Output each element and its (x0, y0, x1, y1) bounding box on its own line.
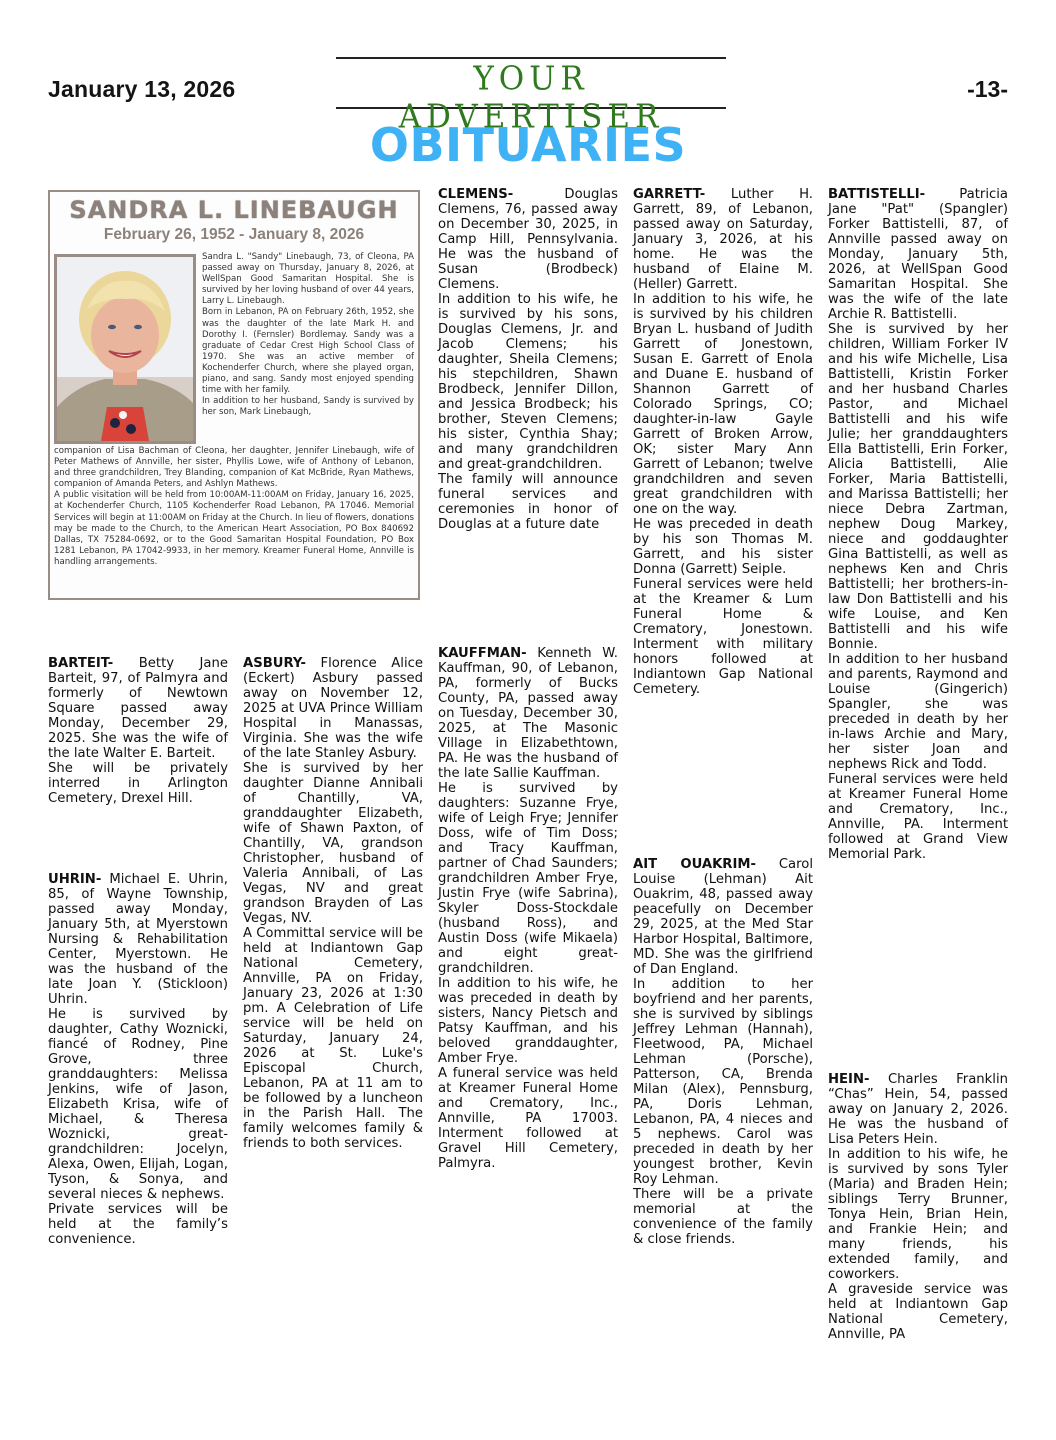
obituary-hein: HEIN- Charles Franklin “Chas” Hein, 54, … (828, 1072, 1008, 1342)
obituary-text: There will be a private memorial at the … (633, 1187, 813, 1247)
obituary-text: In addition to his wife, he is survived … (438, 292, 618, 472)
obituary-battistelli: BATTISTELLI- Patricia Jane "Pat" (Spangl… (828, 187, 1008, 862)
obituary-text: She is survived by her children, William… (828, 322, 1008, 652)
obituary-text: The family will announce funeral service… (438, 472, 618, 532)
obituary-text: He is survived by daughter, Cathy Woznic… (48, 1007, 228, 1202)
obituary-text: He is survived by daughters: Suzanne Fry… (438, 781, 618, 976)
obituary-barteit: BARTEIT- Betty Jane Barteit, 97, of Palm… (48, 656, 228, 806)
obituary-text: He was preceded in death by his son Thom… (633, 517, 813, 577)
obituary-text: Kenneth W. Kauffman, 90, of Lebanon, PA,… (438, 646, 618, 781)
featured-paragraph: In addition to her husband, Sandy is sur… (202, 396, 414, 418)
obituary-clemens: CLEMENS- Douglas Clemens, 76, passed awa… (438, 187, 618, 532)
obituary-text: Luther H. Garrett, 89, of Lebanon, passe… (633, 187, 813, 292)
obituary-text: In addition to his wife, he is survived … (828, 1147, 1008, 1282)
obituary-text: A graveside service was held at Indianto… (828, 1282, 1008, 1342)
obituary-text: Douglas Clemens, 76, passed away on Dece… (438, 187, 618, 292)
obituary-text: Betty Jane Barteit, 97, of Palmyra and f… (48, 656, 228, 761)
obituary-text: Funeral services were held at Kreamer Fu… (828, 772, 1008, 862)
obituary-name: ASBURY- (243, 656, 306, 671)
obituary-ait-ouakrim: AIT OUAKRIM- Carol Louise (Lehman) Ait O… (633, 857, 813, 1247)
page-number: -13- (967, 76, 1008, 103)
featured-paragraph: Sandra L. "Sandy" Linebaugh, 73, of Cleo… (202, 252, 414, 307)
obituary-text: Funeral services were held at the Kreame… (633, 577, 813, 697)
obituary-name: BARTEIT- (48, 656, 113, 671)
obituary-text: In addition to her husband and parents, … (828, 652, 1008, 772)
masthead: YOUR ADVERTISER (336, 57, 726, 109)
obituary-name: KAUFFMAN- (438, 646, 527, 661)
obituary-name: HEIN- (828, 1072, 869, 1087)
issue-date: January 13, 2026 (48, 76, 235, 103)
featured-obituary: SANDRA L. LINEBAUGH February 26, 1952 - … (48, 190, 420, 600)
featured-paragraph: Born in Lebanon, PA on February 26th, 19… (202, 307, 414, 396)
obituary-text: Florence Alice (Eckert) Asbury passed aw… (243, 656, 423, 761)
obituary-name: BATTISTELLI- (828, 187, 925, 202)
obituary-text: In addition to his wife, he is survived … (633, 292, 813, 517)
portrait-image-icon (57, 257, 193, 441)
obituary-name: AIT OUAKRIM- (633, 857, 756, 872)
portrait-photo (54, 254, 196, 444)
obituary-name: CLEMENS- (438, 187, 513, 202)
featured-dates: February 26, 1952 - January 8, 2026 (50, 226, 418, 244)
featured-paragraph: companion of Lisa Bachman of Cleona, her… (54, 446, 414, 490)
obituary-text: In addition to her boyfriend and her par… (633, 977, 813, 1187)
obituary-text: She will be privately interred in Arling… (48, 761, 228, 806)
obituary-text: A funeral service was held at Kreamer Fu… (438, 1066, 618, 1171)
obituary-text: In addition to his wife, he was preceded… (438, 976, 618, 1066)
obituary-name: GARRETT- (633, 187, 705, 202)
obituary-asbury: ASBURY- Florence Alice (Eckert) Asbury p… (243, 656, 423, 1151)
featured-paragraph: A public visitation will be held from 10… (54, 490, 414, 568)
obituary-text: A Committal service will be held at Indi… (243, 926, 423, 1151)
obituary-text: Michael E. Uhrin, 85, of Wayne Township,… (48, 872, 228, 1007)
obituary-name: UHRIN- (48, 872, 101, 887)
featured-name: SANDRA L. LINEBAUGH (50, 196, 418, 224)
obituary-text: Private services will be held at the fam… (48, 1202, 228, 1247)
obituary-text: She is survived by her daughter Dianne A… (243, 761, 423, 926)
obituary-uhrin: UHRIN- Michael E. Uhrin, 85, of Wayne To… (48, 872, 228, 1247)
obituary-garrett: GARRETT- Luther H. Garrett, 89, of Leban… (633, 187, 813, 697)
obituary-text: Patricia Jane "Pat" (Spangler) Forker Ba… (828, 187, 1008, 322)
featured-text-top: Sandra L. "Sandy" Linebaugh, 73, of Cleo… (202, 252, 414, 418)
section-title: OBITUARIES (0, 118, 1056, 172)
obituary-text: Carol Louise (Lehman) Ait Ouakrim, 48, p… (633, 857, 813, 977)
obituary-kauffman: KAUFFMAN- Kenneth W. Kauffman, 90, of Le… (438, 646, 618, 1171)
featured-text-bottom: companion of Lisa Bachman of Cleona, her… (54, 446, 414, 568)
